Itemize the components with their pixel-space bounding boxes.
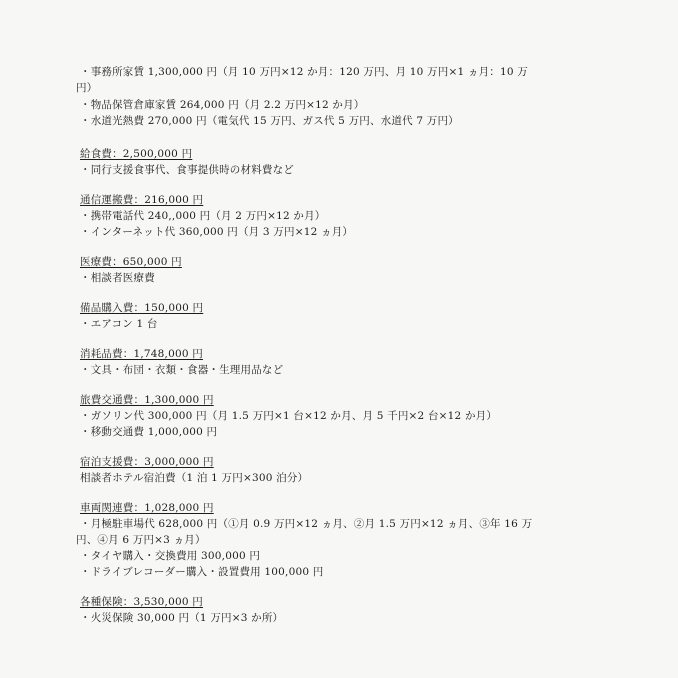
meal-cost-item: ・同行支援食事代、食事提供時の材料費など [80,164,294,177]
transport-item: ・移動交通費 1,000,000 円 [80,426,217,439]
internet-item: ・インターネット代 360,000 円（月 3 万円×12 ヵ月） [80,226,353,239]
tire-item: ・タイヤ購入・交換費用 300,000 円 [80,550,260,563]
utilities-line: ・水道光熱費 270,000 円（電気代 15 万円、ガス代 5 万円、水道代 … [80,115,459,128]
storage-rent-line: ・物品保管倉庫家賃 264,000 円（月 2.2 万円×12 か月） [80,99,364,112]
consumables-heading: 消耗品費：1,748,000 円 [80,348,203,361]
gasoline-item: ・ガソリン代 300,000 円（月 1.5 万円×1 台×12 か月、月 5 … [80,410,497,423]
fire-insurance-item: ・火災保険 30,000 円（1 万円×3 か所） [80,612,283,625]
scanned-document-page: ・事務所家賃 1,300,000 円（月 10 万円×12 か月：120 万円、… [0,0,678,678]
office-rent-line: ・事務所家賃 1,300,000 円（月 10 万円×12 か月：120 万円、… [80,66,528,79]
meal-cost-heading: 給食費：2,500,000 円 [80,148,192,161]
medical-cost-heading: 医療費：650,000 円 [80,256,182,269]
medical-cost-item: ・相談者医療費 [80,272,155,285]
parking-item: ・月極駐車場代 628,000 円（①月 0.9 万円×12 ヵ月、②月 1.5… [80,518,532,531]
consumables-item: ・文具・布団・衣類・食器・生理用品など [80,364,283,377]
parking-item-cont: 円、④月 6 万円×3 ヵ月） [76,534,206,547]
insurance-heading: 各種保険：3,530,000 円 [80,596,203,609]
vehicle-cost-heading: 車両関連費：1,028,000 円 [80,502,214,515]
office-rent-line-cont: 円） [76,82,97,95]
lodging-support-item: 相談者ホテル宿泊費（1 泊 1 万円×300 泊分） [80,472,308,485]
equipment-cost-heading: 備品購入費：150,000 円 [80,302,203,315]
communication-cost-heading: 通信運搬費：216,000 円 [80,194,203,207]
equipment-cost-item: ・エアコン 1 台 [80,318,158,331]
dashcam-item: ・ドライブレコーダー購入・設置費用 100,000 円 [80,566,323,579]
mobile-phone-item: ・携帯電話代 240,,000 円（月 2 万円×12 か月） [80,210,326,223]
travel-cost-heading: 旅費交通費：1,300,000 円 [80,394,214,407]
lodging-support-heading: 宿泊支援費：3,000,000 円 [80,456,214,469]
